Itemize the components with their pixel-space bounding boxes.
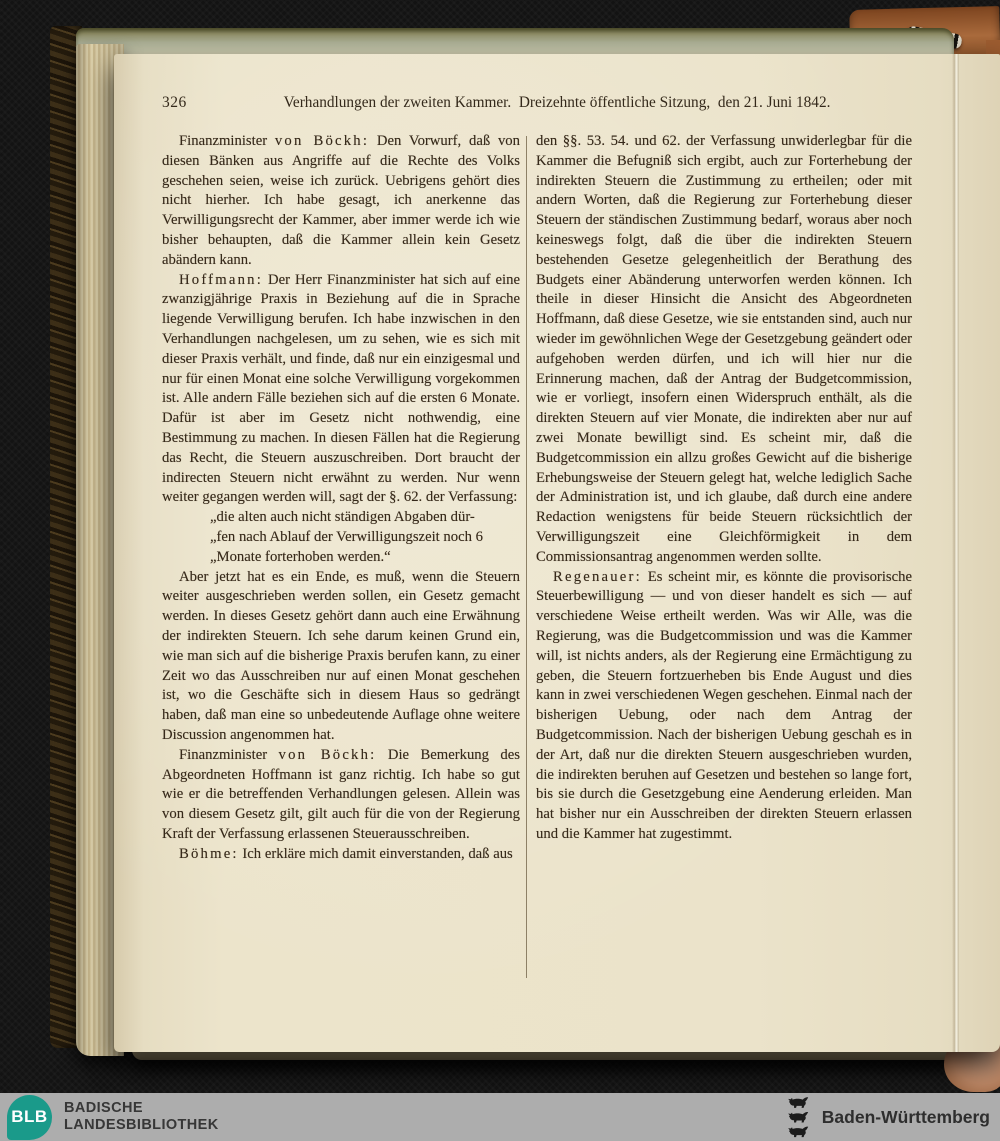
speaker-name: Hoffmann: (179, 272, 263, 288)
book-page: 326 Verhandlungen der zweiten Kammer. Dr… (114, 54, 1000, 1052)
region-name: Baden-Württemberg (822, 1107, 990, 1128)
quote-line: „die alten auch nicht ständigen Abgaben … (210, 508, 520, 528)
quote-line: „fen nach Ablauf der Verwilligungszeit n… (210, 528, 520, 548)
paragraph: Hoffmann: Der Herr Finanzminister hat si… (162, 271, 520, 509)
paragraph: Regenauer: Es scheint mir, es könnte die… (536, 568, 912, 845)
region-brand: Baden-Württemberg (786, 1095, 990, 1139)
library-footer: BLB BADISCHE LANDESBIBLIOTHEK Baden-Würt… (0, 1093, 1000, 1141)
library-name-line2: LANDESBIBLIOTHEK (64, 1117, 219, 1134)
paragraph: Aber jetzt hat es ein Ende, es muß, wenn… (162, 568, 520, 746)
running-header: Verhandlungen der zweiten Kammer. Dreize… (204, 94, 910, 112)
blb-logo-icon: BLB (7, 1095, 52, 1140)
page-header-row: 326 Verhandlungen der zweiten Kammer. Dr… (114, 94, 1000, 116)
speaker-name: von Böckh: (275, 133, 369, 149)
paragraph: Finanzminister von Böckh: Die Bemerkung … (162, 746, 520, 845)
paragraph: den §§. 53. 54. und 62. der Verfassung u… (536, 132, 912, 568)
quote-line: „Monate forterhoben werden.“ (210, 548, 520, 568)
speaker-name: Böhme: (179, 846, 239, 862)
page-crease (952, 54, 959, 1052)
column-divider-rule (526, 136, 527, 978)
text-column-right: den §§. 53. 54. und 62. der Verfassung u… (536, 132, 912, 845)
speaker-name: Regenauer: (553, 569, 642, 585)
bw-coat-of-arms-icon (786, 1095, 812, 1139)
paragraph: Finanzminister von Böckh: Den Vorwurf, d… (162, 132, 520, 271)
speaker-name: von Böckh: (279, 747, 377, 763)
library-name-line1: BADISCHE (64, 1100, 219, 1117)
text-column-left: Finanzminister von Böckh: Den Vorwurf, d… (162, 132, 520, 864)
library-name: BADISCHE LANDESBIBLIOTHEK (64, 1100, 219, 1134)
verse-quote: „die alten auch nicht ständigen Abgaben … (210, 508, 520, 567)
library-brand: BLB BADISCHE LANDESBIBLIOTHEK (0, 1095, 219, 1140)
paragraph: Böhme: Ich erkläre mich damit einverstan… (162, 845, 520, 865)
page-number: 326 (162, 94, 187, 112)
